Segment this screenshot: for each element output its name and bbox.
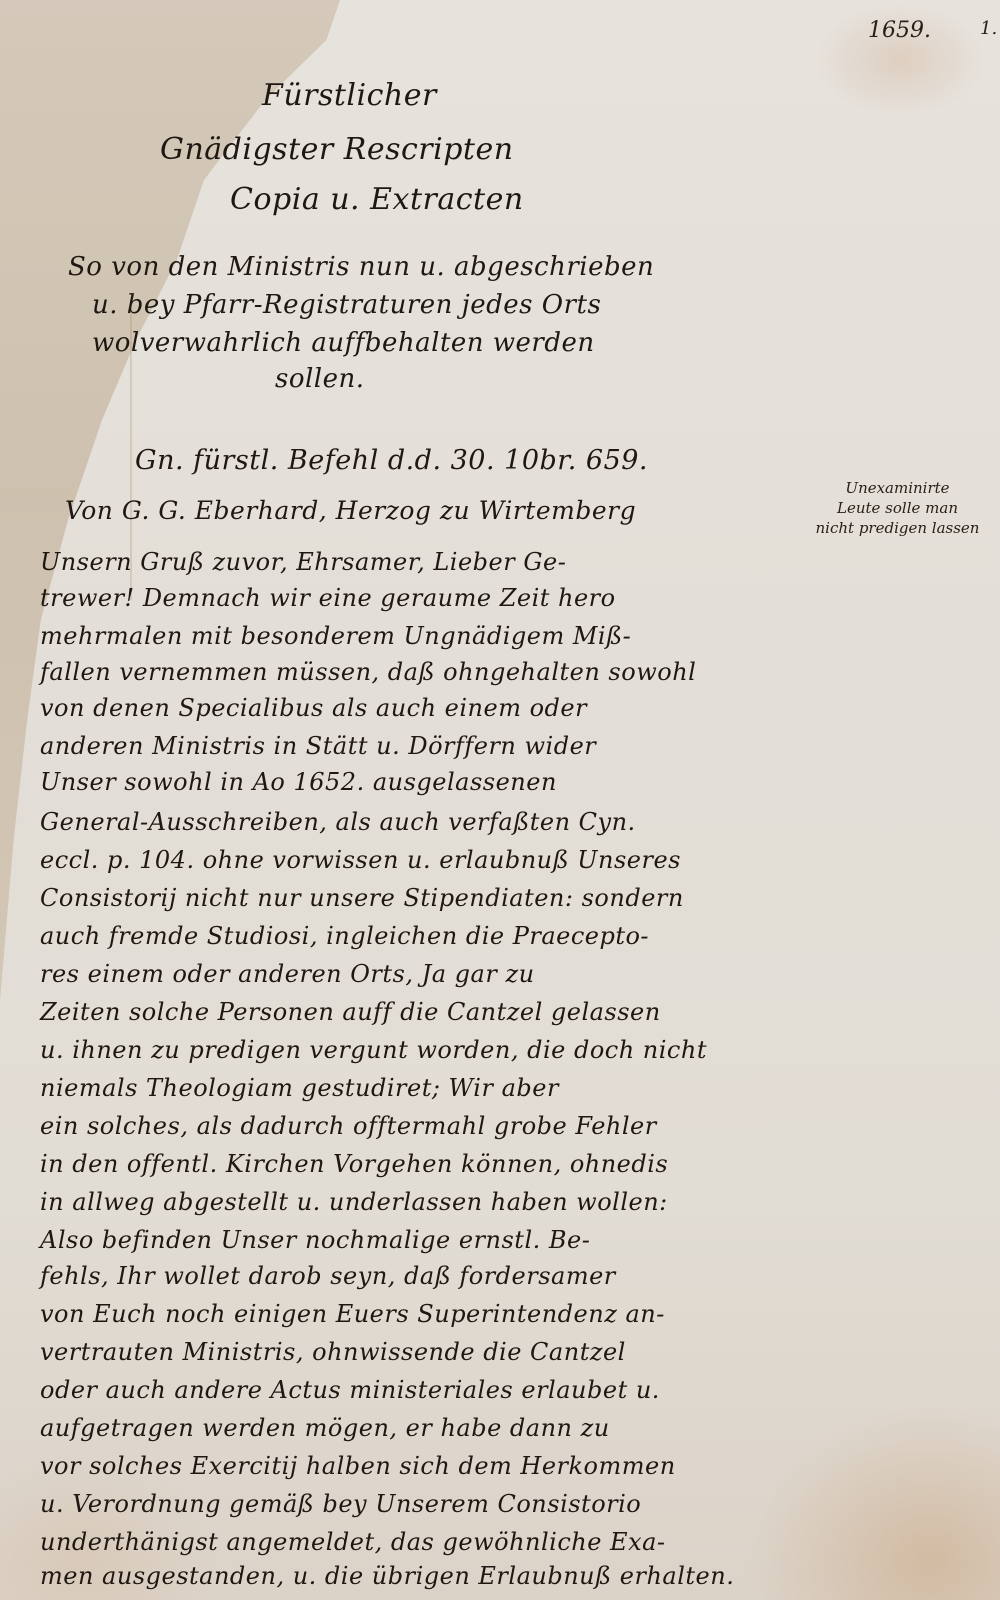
margin-note: Unexaminirte Leute solle man nicht predi… xyxy=(795,478,1000,538)
title-line-1: Fürstlicher xyxy=(262,78,437,113)
body-line: fehls, Ihr wollet darob seyn, daß forder… xyxy=(40,1262,616,1290)
body-line: u. ihnen zu predigen vergunt worden, die… xyxy=(40,1036,707,1064)
body-line: aufgetragen werden mögen, er habe dann z… xyxy=(40,1414,610,1442)
body-line: Unser sowohl in Ao 1652. ausgelassenen xyxy=(40,768,557,796)
body-line: von Euch noch einigen Euers Superintende… xyxy=(40,1300,665,1328)
decree-heading: Gn. fürstl. Befehl d.d. 30. 10br. 659. xyxy=(135,445,648,476)
body-line: men ausgestanden, u. die übrigen Erlaubn… xyxy=(40,1562,734,1590)
manuscript-page: 1659. 1. Fürstlicher Gnädigster Rescript… xyxy=(0,0,1000,1600)
body-line: res einem oder anderen Orts, Ja gar zu xyxy=(40,960,535,988)
folio-number: 1. xyxy=(980,18,997,39)
body-line: anderen Ministris in Stätt u. Dörffern w… xyxy=(40,732,596,760)
margin-note-line: Unexaminirte xyxy=(795,478,1000,498)
body-line: oder auch andere Actus ministeriales erl… xyxy=(40,1376,660,1404)
body-line: underthänigst angemeldet, das gewöhnlich… xyxy=(40,1528,666,1556)
body-line: u. Verordnung gemäß bey Unserem Consisto… xyxy=(40,1490,641,1518)
body-line: Unsern Gruß zuvor, Ehrsamer, Lieber Ge- xyxy=(40,548,566,576)
body-line: vertrauten Ministris, ohnwissende die Ca… xyxy=(40,1338,626,1366)
body-line: von denen Specialibus als auch einem ode… xyxy=(40,694,587,722)
subtitle-line-3: wolverwahrlich auffbehalten werden xyxy=(92,328,595,358)
subtitle-line-1: So von den Ministris nun u. abgeschriebe… xyxy=(68,252,654,282)
title-line-3: Copia u. Extracten xyxy=(230,182,524,217)
subtitle-line-4: sollen. xyxy=(275,364,365,394)
body-line: Consistorij nicht nur unsere Stipendiate… xyxy=(40,884,684,912)
body-line: niemals Theologiam gestudiret; Wir aber xyxy=(40,1074,559,1102)
body-line: mehrmalen mit besonderem Ungnädigem Miß- xyxy=(40,622,631,650)
subtitle-line-2: u. bey Pfarr-Registraturen jedes Orts xyxy=(92,290,601,320)
body-line: ein solches, als dadurch offtermahl grob… xyxy=(40,1112,657,1140)
body-line: in den offentl. Kirchen Vorgehen können,… xyxy=(40,1150,668,1178)
body-line: in allweg abgestellt u. underlassen habe… xyxy=(40,1188,668,1216)
body-line: trewer! Demnach wir eine geraume Zeit he… xyxy=(40,584,616,612)
body-line: eccl. p. 104. ohne vorwissen u. erlaubnu… xyxy=(40,846,681,874)
body-line: Also befinden Unser nochmalige ernstl. B… xyxy=(40,1226,590,1254)
margin-note-line: Leute solle man xyxy=(795,498,1000,518)
body-line: vor solches Exercitij halben sich dem He… xyxy=(40,1452,676,1480)
body-line: fallen vernemmen müssen, daß ohngehalten… xyxy=(40,658,696,686)
body-line: General-Ausschreiben, als auch verfaßten… xyxy=(40,808,636,836)
body-line: Zeiten solche Personen auff die Cantzel … xyxy=(40,998,661,1026)
body-line: Von G. G. Eberhard, Herzog zu Wirtemberg xyxy=(65,496,636,525)
body-line: auch fremde Studiosi, ingleichen die Pra… xyxy=(40,922,649,950)
title-line-2: Gnädigster Rescripten xyxy=(160,132,514,167)
page-year: 1659. xyxy=(868,18,931,43)
margin-note-line: nicht predigen lassen xyxy=(795,518,1000,538)
